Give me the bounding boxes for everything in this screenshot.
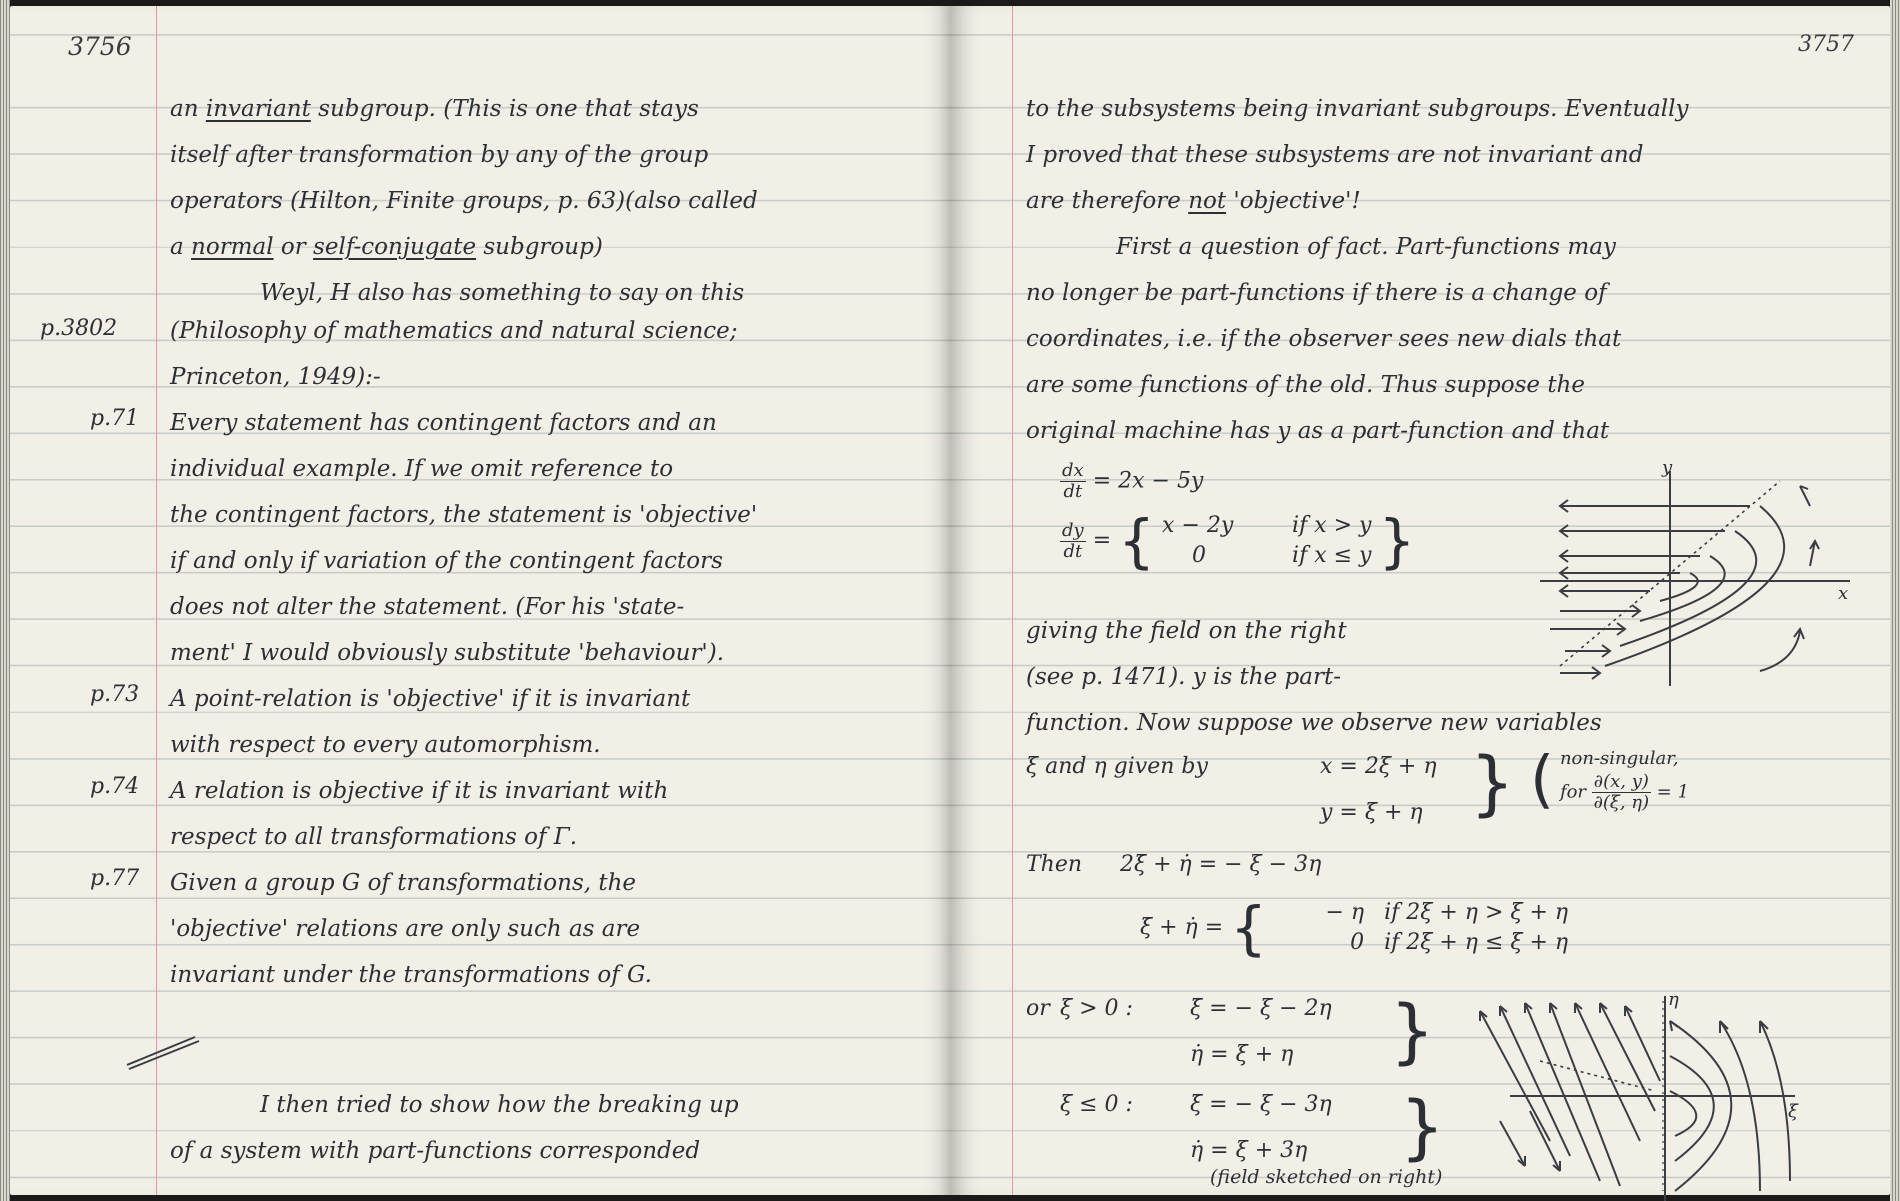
right-page: 3757 to the subsystems being invariant s… xyxy=(950,6,1890,1195)
underlined-word: self-conjugate xyxy=(313,234,476,260)
text-line: does not alter the statement. (For his '… xyxy=(10,584,950,630)
text-line: the contingent factors, the statement is… xyxy=(10,492,950,538)
brace: } xyxy=(1470,754,1515,812)
text-line: coordinates, i.e. if the observer sees n… xyxy=(950,316,1890,362)
text-line: I proved that these subsystems are not i… xyxy=(950,132,1890,178)
text-line: of a system with part-functions correspo… xyxy=(10,1128,950,1174)
underlined-word: invariant xyxy=(206,96,311,122)
underlined-word: normal xyxy=(191,234,274,260)
text-line: original machine has y as a part-functio… xyxy=(950,408,1890,454)
field-note: (field sketched on right) xyxy=(1210,1166,1442,1188)
brace: } xyxy=(1400,1098,1445,1156)
equation-xi-pos-1: ξ̇ = − ξ − 2η xyxy=(1190,996,1332,1021)
page-stack-right-edge xyxy=(1890,0,1900,1201)
text-line: (Philosophy of mathematics and natural s… xyxy=(10,308,950,354)
then-label: Then xyxy=(1026,852,1082,877)
or-label: or xyxy=(1026,996,1050,1021)
text-line: invariant under the transformations of G… xyxy=(10,952,950,998)
equation-dydt: dydt = { x − 2yif x > y 0if x ≤ y } xyxy=(1060,511,1415,571)
text-line: Every statement has contingent factors a… xyxy=(10,400,950,446)
axis-label-xi: ξ xyxy=(1788,1101,1799,1122)
text-line: are some functions of the old. Thus supp… xyxy=(950,362,1890,408)
text-line: itself after transformation by any of th… xyxy=(10,132,950,178)
text-line: A point-relation is 'objective' if it is… xyxy=(10,676,950,722)
transform-x: x = 2ξ + η xyxy=(1320,754,1437,779)
nonsingular-note: ( non-singular, for ∂(x, y)∂(ξ, η) = 1 xyxy=(1530,746,1689,813)
axis-label-eta: η xyxy=(1668,991,1679,1010)
section-divider-mark xyxy=(125,1031,205,1071)
text-line: respect to all transformations of Γ. xyxy=(10,814,950,860)
equation-xi-neg-1: ξ̇ = − ξ − 3η xyxy=(1190,1092,1332,1117)
equation-xi-pos-2: η̇ = ξ + η xyxy=(1190,1042,1293,1067)
text-line: 'objective' relations are only such as a… xyxy=(10,906,950,952)
page-stack-left-edge xyxy=(0,0,10,1201)
equation-then: 2ξ̇ + η̇ = − ξ − 3η xyxy=(1120,852,1321,877)
brace: } xyxy=(1390,1002,1435,1060)
xi-positive-condition: ξ > 0 : xyxy=(1060,996,1133,1021)
left-page: 3756 an invariant subgroup. (This is one… xyxy=(10,6,950,1195)
underlined-word: not xyxy=(1188,188,1226,214)
axis-label-y: y xyxy=(1661,461,1673,478)
text-line: no longer be part-functions if there is … xyxy=(950,270,1890,316)
phase-field-sketch-xi-eta: η ξ xyxy=(1470,991,1810,1201)
xi-nonpositive-condition: ξ ≤ 0 : xyxy=(1060,1092,1133,1117)
text-line: Given a group G of transformations, the xyxy=(10,860,950,906)
phase-field-sketch-xy: y x xyxy=(1520,461,1860,691)
text-line: function. Now suppose we observe new var… xyxy=(950,700,1890,746)
text-line: with respect to every automorphism. xyxy=(10,722,950,768)
text-line: ment' I would obviously substitute 'beha… xyxy=(10,630,950,676)
text-line: if and only if variation of the continge… xyxy=(10,538,950,584)
page-number: 3756 xyxy=(68,32,132,61)
text-line: Princeton, 1949):- xyxy=(10,354,950,400)
text-line: A relation is objective if it is invaria… xyxy=(10,768,950,814)
text-line: First a question of fact. Part-functions… xyxy=(950,224,1890,270)
text-line: a normal or self-conjugate subgroup) xyxy=(10,224,950,270)
transform-intro: ξ and η given by xyxy=(1026,754,1208,779)
page-number: 3757 xyxy=(1798,32,1854,57)
text-line: operators (Hilton, Finite groups, p. 63)… xyxy=(10,178,950,224)
text-line: individual example. If we omit reference… xyxy=(10,446,950,492)
text-line: to the subsystems being invariant subgro… xyxy=(950,86,1890,132)
text-line: I then tried to show how the breaking up xyxy=(10,1082,950,1128)
notebook-spread: 3756 an invariant subgroup. (This is one… xyxy=(0,0,1900,1201)
transform-y: y = ξ + η xyxy=(1320,800,1423,825)
equation-dxdt: dxdt = 2x − 5y xyxy=(1060,461,1203,502)
axis-label-x: x xyxy=(1838,583,1848,604)
equation-sum: ξ̇ + η̇ = { − ηif 2ξ + η > ξ + η 0if 2ξ … xyxy=(1140,898,1568,958)
text-line: an invariant subgroup. (This is one that… xyxy=(10,86,950,132)
equation-xi-neg-2: η̇ = ξ + 3η xyxy=(1190,1138,1307,1163)
text-line: are therefore not 'objective'! xyxy=(950,178,1890,224)
